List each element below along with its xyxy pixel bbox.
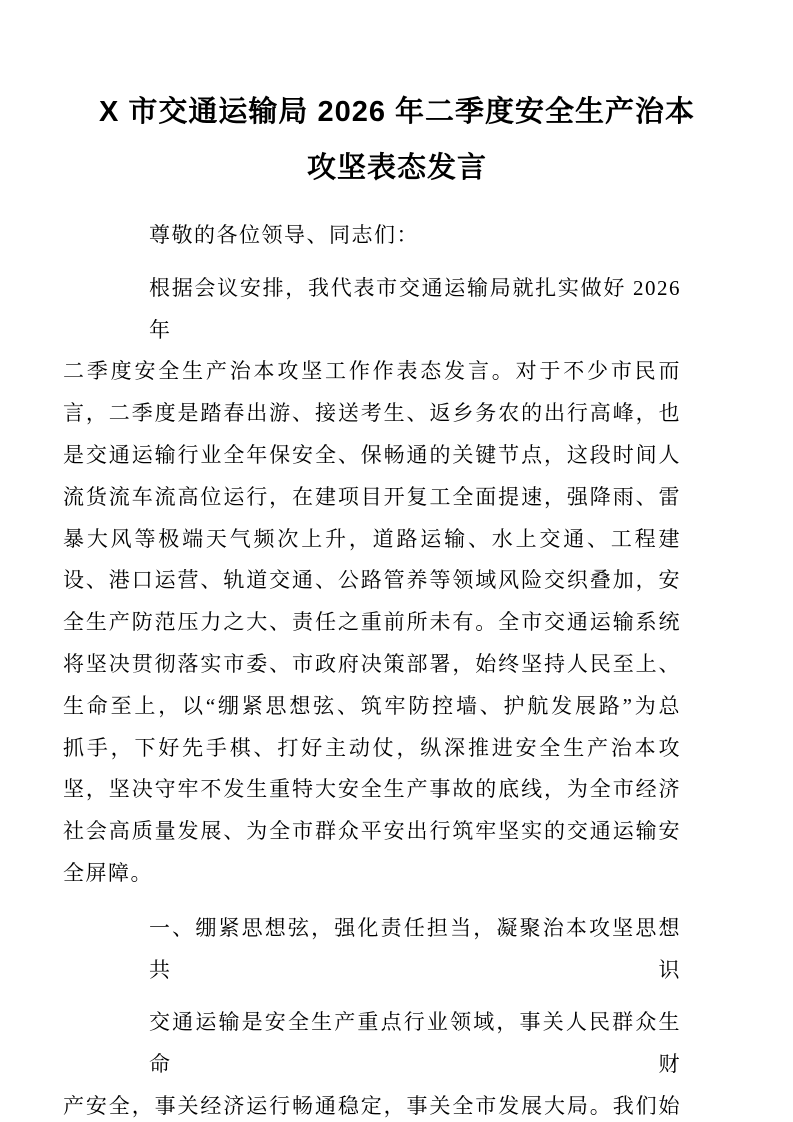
body-line: 生命至上，以“绷紧思想弦、筑牢防控墙、护航发展路”为总 — [63, 686, 681, 728]
body-line: 交通运输是安全生产重点行业领域，事关人民群众生命财 — [63, 1002, 681, 1086]
title-line-2: 攻坚表态发言 — [63, 140, 731, 196]
body-line: 产安全，事关经济运行畅通稳定，事关全市发展大局。我们始 — [63, 1086, 681, 1122]
body-line: 全生产防范压力之大、责任之重前所未有。全市交通运输系统 — [63, 602, 681, 644]
body-line: 言，二季度是踏春出游、接送考生、返乡务农的出行高峰，也 — [63, 393, 681, 435]
body-line-paragraph-end: 全屏障。 — [63, 853, 681, 895]
body-line: 是交通运输行业全年保安全、保畅通的关键节点，这段时间人 — [63, 435, 681, 477]
section-heading: 一、绷紧思想弦，强化责任担当，凝聚治本攻坚思想共识 — [63, 908, 681, 992]
body-line: 将坚决贯彻落实市委、市政府决策部署，始终坚持人民至上、 — [63, 644, 681, 686]
document-title: X 市交通运输局 2026 年二季度安全生产治本 攻坚表态发言 — [63, 84, 731, 196]
greeting-line: 尊敬的各位领导、同志们： — [63, 215, 681, 257]
body-line: 设、港口运营、轨道交通、公路管养等领域风险交织叠加，安 — [63, 560, 681, 602]
body-line: 坚，坚决守牢不发生重特大安全生产事故的底线，为全市经济 — [63, 769, 681, 811]
body-line: 暴大风等极端天气频次上升，道路运输、水上交通、工程建 — [63, 519, 681, 561]
body-line: 抓手，下好先手棋、打好主动仗，纵深推进安全生产治本攻 — [63, 728, 681, 770]
title-line-1: X 市交通运输局 2026 年二季度安全生产治本 — [63, 84, 731, 140]
paragraph-opening: 根据会议安排，我代表市交通运输局就扎实做好 2026 年 二季度安全生产治本攻坚… — [63, 268, 681, 895]
body-line: 根据会议安排，我代表市交通运输局就扎实做好 2026 年 — [63, 268, 681, 352]
body-line: 二季度安全生产治本攻坚工作作表态发言。对于不少市民而 — [63, 351, 681, 393]
document-page: X 市交通运输局 2026 年二季度安全生产治本 攻坚表态发言 尊敬的各位领导、… — [0, 0, 793, 1122]
body-line: 流货流车流高位运行，在建项目开复工全面提速，强降雨、雷 — [63, 477, 681, 519]
body-line: 社会高质量发展、为全市群众平安出行筑牢坚实的交通运输安 — [63, 811, 681, 853]
paragraph-section-one: 交通运输是安全生产重点行业领域，事关人民群众生命财 产安全，事关经济运行畅通稳定… — [63, 1002, 681, 1122]
